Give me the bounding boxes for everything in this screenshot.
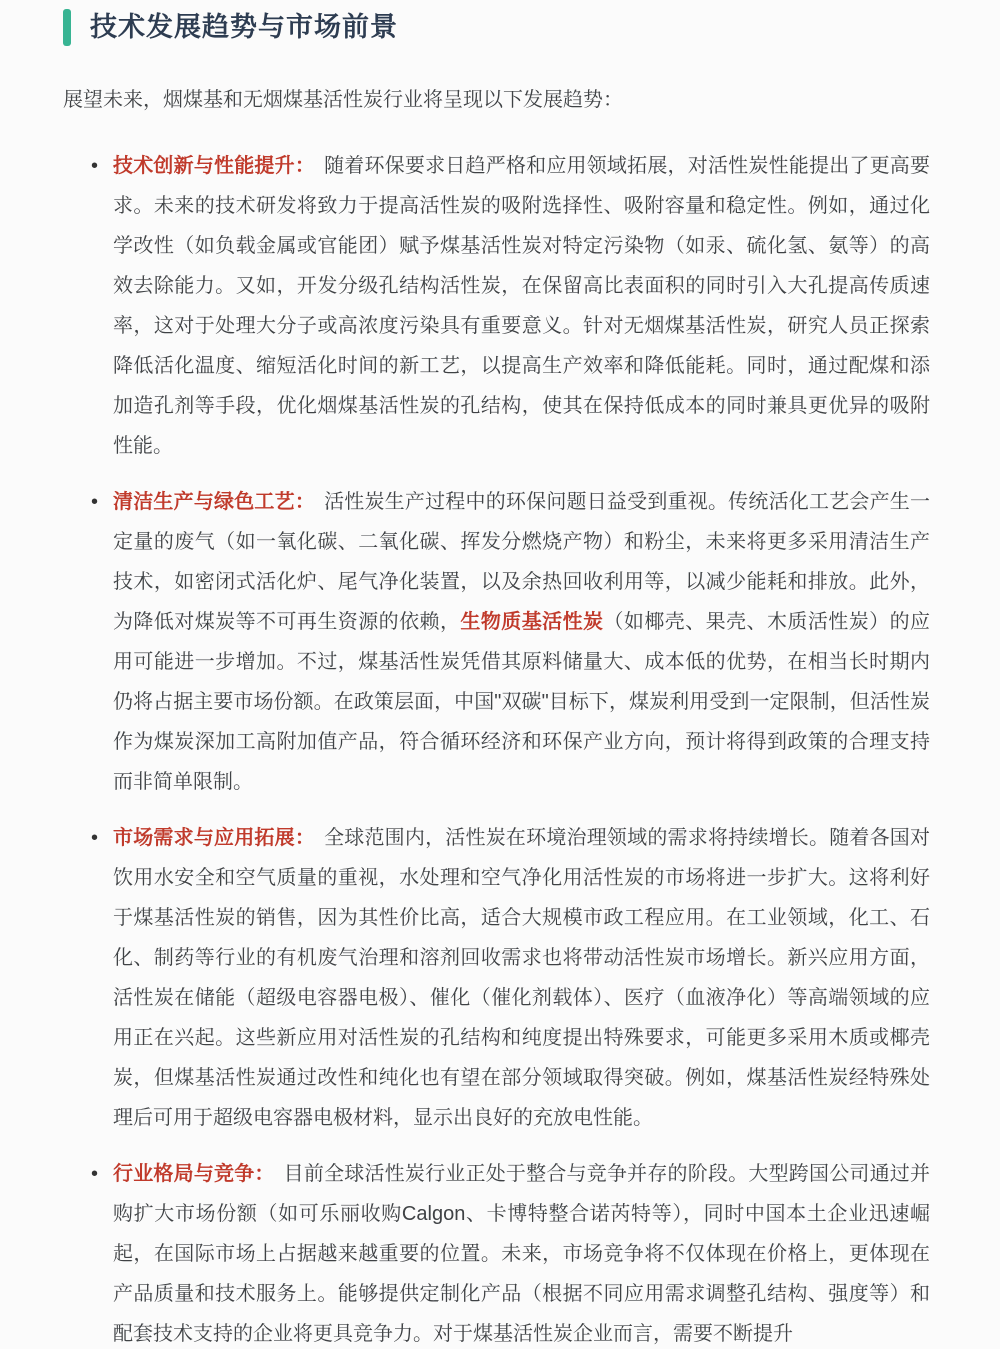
item-text: 目前全球活性炭行业正处于整合与竞争并存的阶段。大型跨国公司通过并购扩大市场份额（…	[113, 1163, 930, 1345]
item-label: 行业格局与竞争：	[113, 1163, 275, 1185]
list-item-clean-production: 清洁生产与绿色工艺：活性炭生产过程中的环保问题日益受到重视。传统活化工艺会产生一…	[113, 482, 930, 802]
intro-paragraph: 展望未来，烟煤基和无烟煤基活性炭行业将呈现以下发展趋势：	[63, 80, 930, 120]
document-body: { "theme": { "accent": "#38b493", "headi…	[0, 0, 1000, 1349]
list-item-industry-competition: 行业格局与竞争：目前全球活性炭行业正处于整合与竞争并存的阶段。大型跨国公司通过并…	[113, 1154, 930, 1349]
list-item-market-demand: 市场需求与应用拓展：全球范围内，活性炭在环境治理领域的需求将持续增长。随着各国对…	[113, 818, 930, 1138]
item-text: 随着环保要求日趋严格和应用领域拓展，对活性炭性能提出了更高要求。未来的技术研发将…	[113, 155, 930, 457]
item-highlight: 生物质基活性炭	[460, 611, 603, 633]
item-label: 清洁生产与绿色工艺：	[113, 491, 315, 513]
trend-list: 技术创新与性能提升：随着环保要求日趋严格和应用领域拓展，对活性炭性能提出了更高要…	[63, 146, 930, 1349]
list-item-tech-innovation: 技术创新与性能提升：随着环保要求日趋严格和应用领域拓展，对活性炭性能提出了更高要…	[113, 146, 930, 466]
item-text-after: （如椰壳、果壳、木质活性炭）的应用可能进一步增加。不过，煤基活性炭凭借其原料储量…	[113, 611, 930, 793]
section-header: 技术发展趋势与市场前景	[63, 8, 930, 46]
item-label: 技术创新与性能提升：	[113, 155, 315, 177]
section-accent-bar	[63, 9, 71, 46]
document-page: 技术发展趋势与市场前景 展望未来，烟煤基和无烟煤基活性炭行业将呈现以下发展趋势：…	[0, 0, 1000, 1349]
section-title: 技术发展趋势与市场前景	[90, 8, 398, 46]
item-label: 市场需求与应用拓展：	[113, 827, 315, 849]
item-text: 全球范围内，活性炭在环境治理领域的需求将持续增长。随着各国对饮用水安全和空气质量…	[113, 827, 930, 1129]
